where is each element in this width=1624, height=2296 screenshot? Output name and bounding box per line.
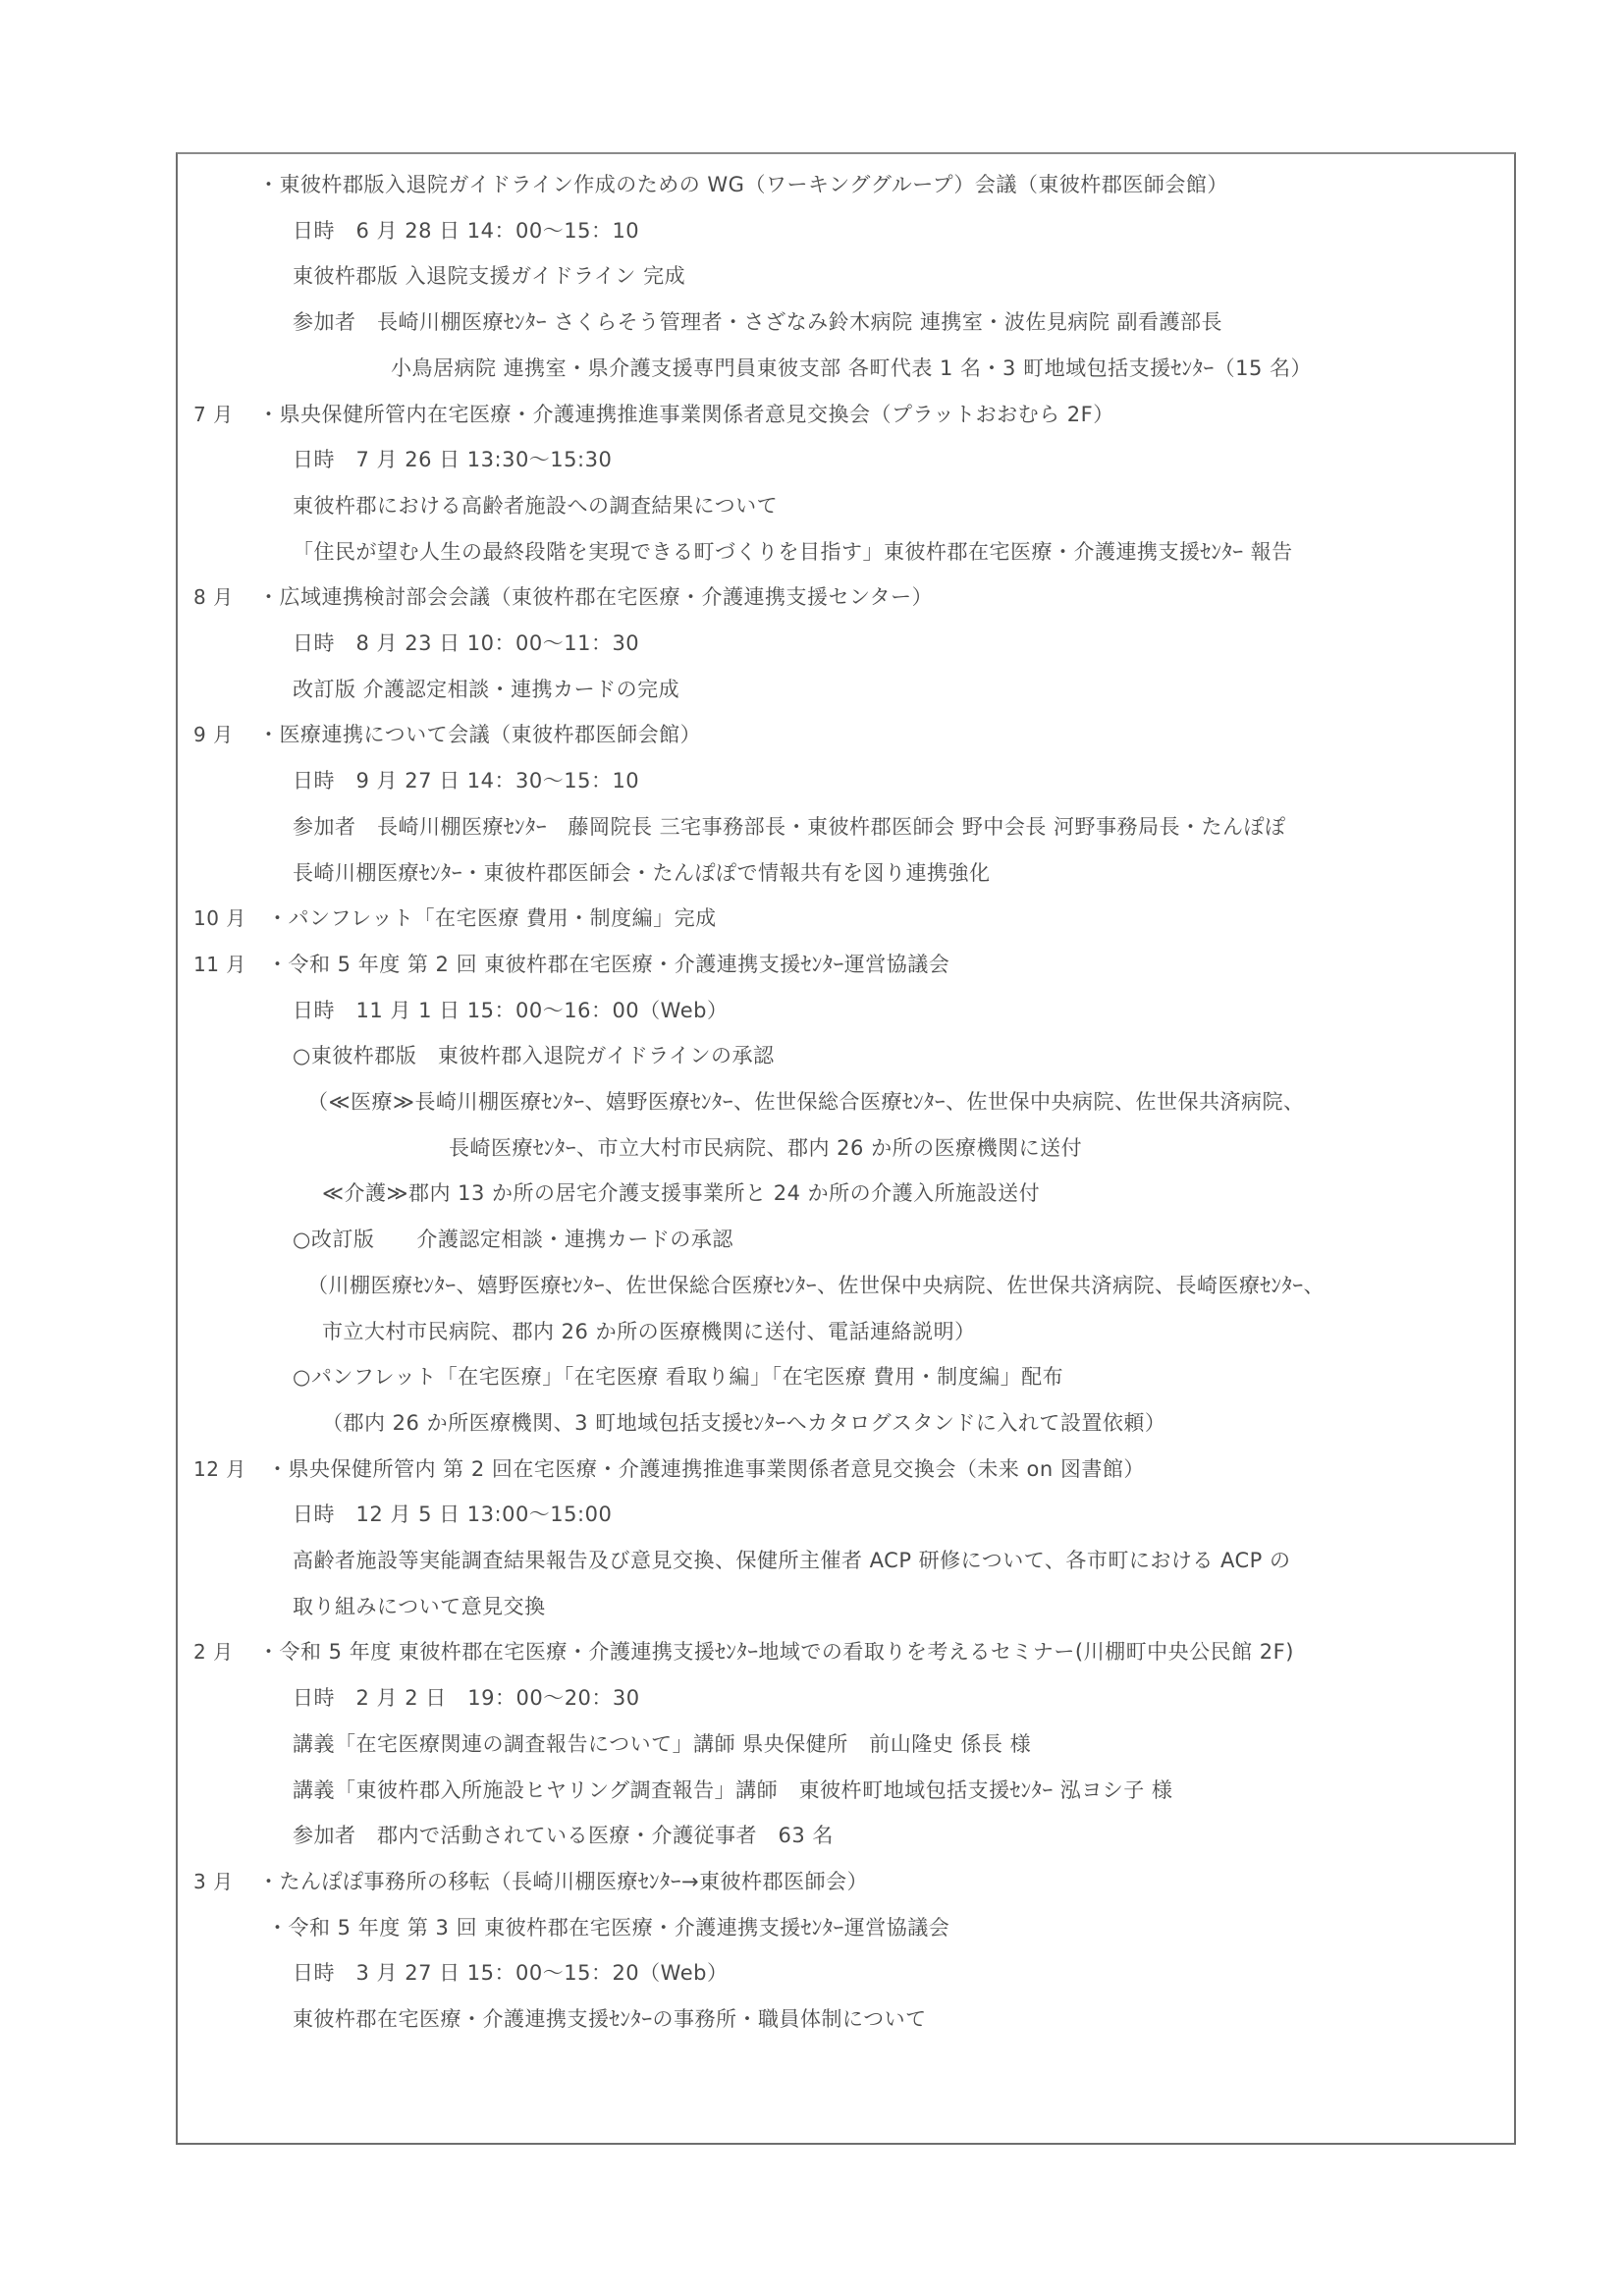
month-label: 7 月	[193, 392, 262, 437]
line-text: 東彼杵郡在宅医療・介護連携支援ｾﾝﾀｰの事務所・職員体制について	[293, 1996, 927, 2042]
month-label: 2 月	[193, 1629, 262, 1674]
line-text: ○東彼杵郡版 東彼杵郡入退院ガイドラインの承認	[293, 1033, 775, 1078]
line-text: ・広域連携検討部会会議（東彼杵郡在宅医療・介護連携支援センター）	[258, 574, 933, 620]
line-text: 小鳥居病院 連携室・県介護支援専門員東彼支部 各町代表 1 名・3 町地域包括支…	[391, 346, 1312, 391]
line-text: 長崎医療ｾﾝﾀｰ、市立大村市民病院、郡内 26 か所の医療機関に送付	[449, 1125, 1082, 1171]
line-text: ・たんぽぽ事務所の移転（長崎川棚医療ｾﾝﾀｰ→東彼杵郡医師会）	[258, 1859, 868, 1904]
line-text: ・令和 5 年度 東彼杵郡在宅医療・介護連携支援ｾﾝﾀｰ地域での看取りを考えるセ…	[258, 1629, 1294, 1674]
line-text: 日時 12 月 5 日 13:00～15:00	[293, 1492, 612, 1537]
month-label: 3 月	[193, 1859, 262, 1904]
line-text: ・医療連携について会議（東彼杵郡医師会館）	[258, 712, 701, 757]
line-text: （川棚医療ｾﾝﾀｰ、嬉野医療ｾﾝﾀｰ、佐世保総合医療ｾﾝﾀｰ、佐世保中央病院、佐…	[307, 1263, 1325, 1308]
line-text: 日時 7 月 26 日 13:30～15:30	[293, 437, 612, 482]
line-text: 取り組みについて意見交換	[293, 1584, 546, 1629]
line-text: 日時 11 月 1 日 15：00～16：00（Web）	[293, 988, 728, 1033]
line-text: 日時 2 月 2 日 19：00～20：30	[293, 1675, 640, 1721]
line-text: ≪介護≫郡内 13 か所の居宅介護支援事業所と 24 か所の介護入所施設送付	[322, 1171, 1040, 1216]
line-text: 講義「在宅医療関連の調査報告について」講師 県央保健所 前山隆史 係長 様	[293, 1722, 1031, 1767]
line-text: 「住民が望む人生の最終段階を実現できる町づくりを目指す」東彼杵郡在宅医療・介護連…	[293, 529, 1293, 574]
month-label: 11 月	[193, 942, 262, 987]
line-text: ○パンフレット「在宅医療」「在宅医療 看取り編」「在宅医療 費用・制度編」配布	[293, 1354, 1063, 1399]
line-text: 市立大村市民病院、郡内 26 か所の医療機関に送付、電話連絡説明）	[322, 1309, 976, 1354]
line-text: 日時 9 月 27 日 14：30～15：10	[293, 758, 639, 803]
line-text: 日時 8 月 23 日 10：00～11：30	[293, 621, 639, 666]
month-label: 10 月	[193, 896, 262, 941]
line-text: ・東彼杵郡版入退院ガイドライン作成のための WG（ワーキンググループ）会議（東彼…	[258, 162, 1228, 207]
line-text: 日時 6 月 28 日 14：00～15：10	[293, 208, 639, 253]
line-text: 東彼杵郡における高齢者施設への調査結果について	[293, 483, 778, 528]
line-text: ・令和 5 年度 第 3 回 東彼杵郡在宅医療・介護連携支援ｾﾝﾀｰ運営協議会	[267, 1905, 949, 1950]
line-text: ○改訂版 介護認定相談・連携カードの承認	[293, 1217, 733, 1262]
month-label: 9 月	[193, 712, 262, 757]
line-text: 講義「東彼杵郡入所施設ヒヤリング調査報告」講師 東彼杵町地域包括支援ｾﾝﾀｰ 泓…	[293, 1768, 1172, 1813]
line-text: 参加者 長崎川棚医療ｾﾝﾀｰ 藤岡院長 三宅事務部長・東彼杵郡医師会 野中会長 …	[293, 804, 1286, 849]
line-text: 改訂版 介護認定相談・連携カードの完成	[293, 667, 679, 712]
month-label: 8 月	[193, 574, 262, 620]
line-text: ・令和 5 年度 第 2 回 東彼杵郡在宅医療・介護連携支援ｾﾝﾀｰ運営協議会	[267, 942, 949, 987]
line-text: 参加者 郡内で活動されている医療・介護従事者 63 名	[293, 1813, 834, 1858]
line-text: 高齢者施設等実能調査結果報告及び意見交換、保健所主催者 ACP 研修について、各…	[293, 1538, 1291, 1583]
line-text: （郡内 26 か所医療機関、3 町地域包括支援ｾﾝﾀｰへカタログスタンドに入れて…	[322, 1400, 1165, 1446]
line-text: 長崎川棚医療ｾﾝﾀｰ・東彼杵郡医師会・たんぽぽで情報共有を図り連携強化	[293, 850, 991, 896]
line-text: 東彼杵郡版 入退院支援ガイドライン 完成	[293, 253, 685, 299]
line-text: 日時 3 月 27 日 15：00～15：20（Web）	[293, 1950, 728, 1995]
line-text: ・パンフレット「在宅医療 費用・制度編」完成	[267, 896, 717, 941]
document-frame: ・東彼杵郡版入退院ガイドライン作成のための WG（ワーキンググループ）会議（東彼…	[176, 152, 1516, 2145]
line-text: ・県央保健所管内在宅医療・介護連携推進事業関係者意見交換会（プラットおおむら 2…	[258, 392, 1114, 437]
line-text: 参加者 長崎川棚医療ｾﾝﾀｰ さくらそう管理者・さざなみ鈴木病院 連携室・波佐見…	[293, 300, 1222, 345]
month-label: 12 月	[193, 1447, 262, 1492]
line-text: （≪医療≫長崎川棚医療ｾﾝﾀｰ、嬉野医療ｾﾝﾀｰ、佐世保総合医療ｾﾝﾀｰ、佐世保…	[307, 1079, 1304, 1124]
line-text: ・県央保健所管内 第 2 回在宅医療・介護連携推進事業関係者意見交換会（未来 o…	[267, 1447, 1145, 1492]
